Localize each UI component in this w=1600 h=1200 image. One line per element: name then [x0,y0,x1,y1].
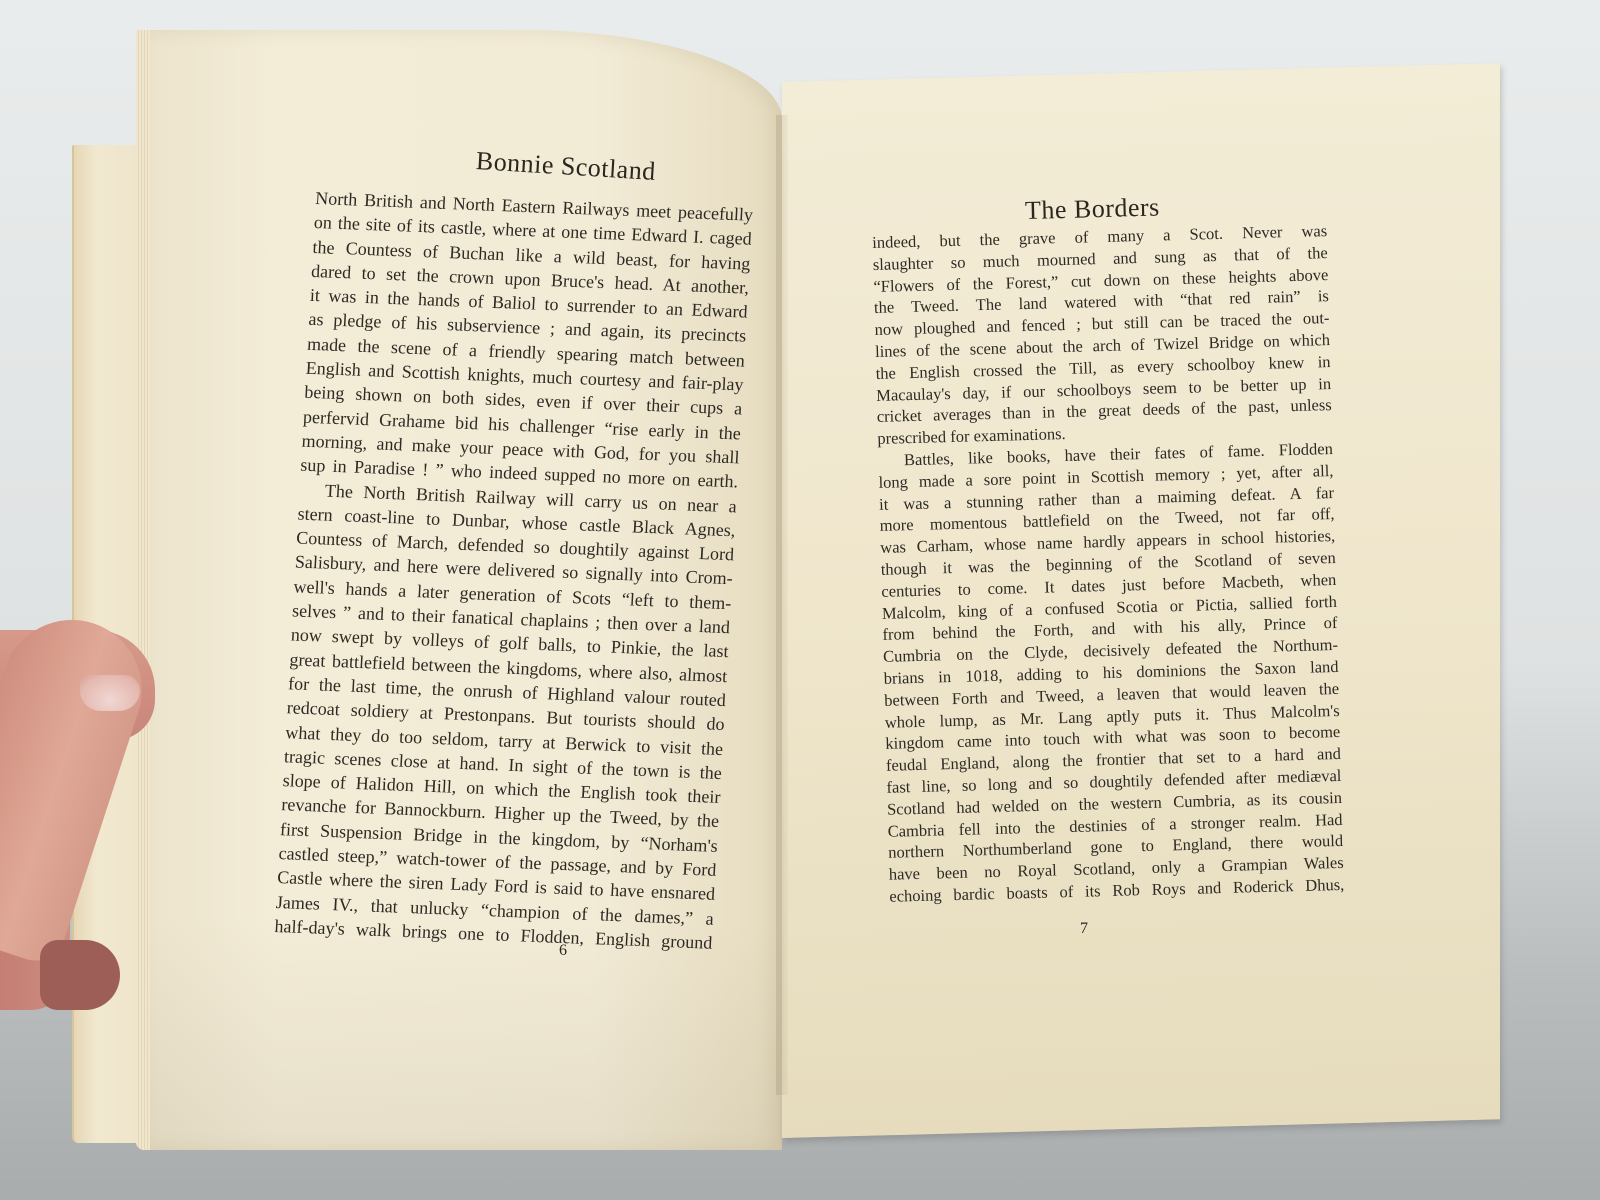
right-page-text: indeed, but the grave of many a Scot. Ne… [872,220,1345,907]
book-photo: Bonnie Scotland The Borders North Britis… [0,0,1600,1200]
right-running-head: The Borders [1025,192,1160,226]
lower-finger [40,940,120,1010]
thumbnail [80,675,140,711]
left-page-number: 6 [559,942,567,960]
left-page-text: North British and North Eastern Railways… [274,186,754,955]
book-gutter [776,115,788,1095]
right-page-number: 7 [1080,920,1088,938]
hand-holding-book [0,630,180,1010]
